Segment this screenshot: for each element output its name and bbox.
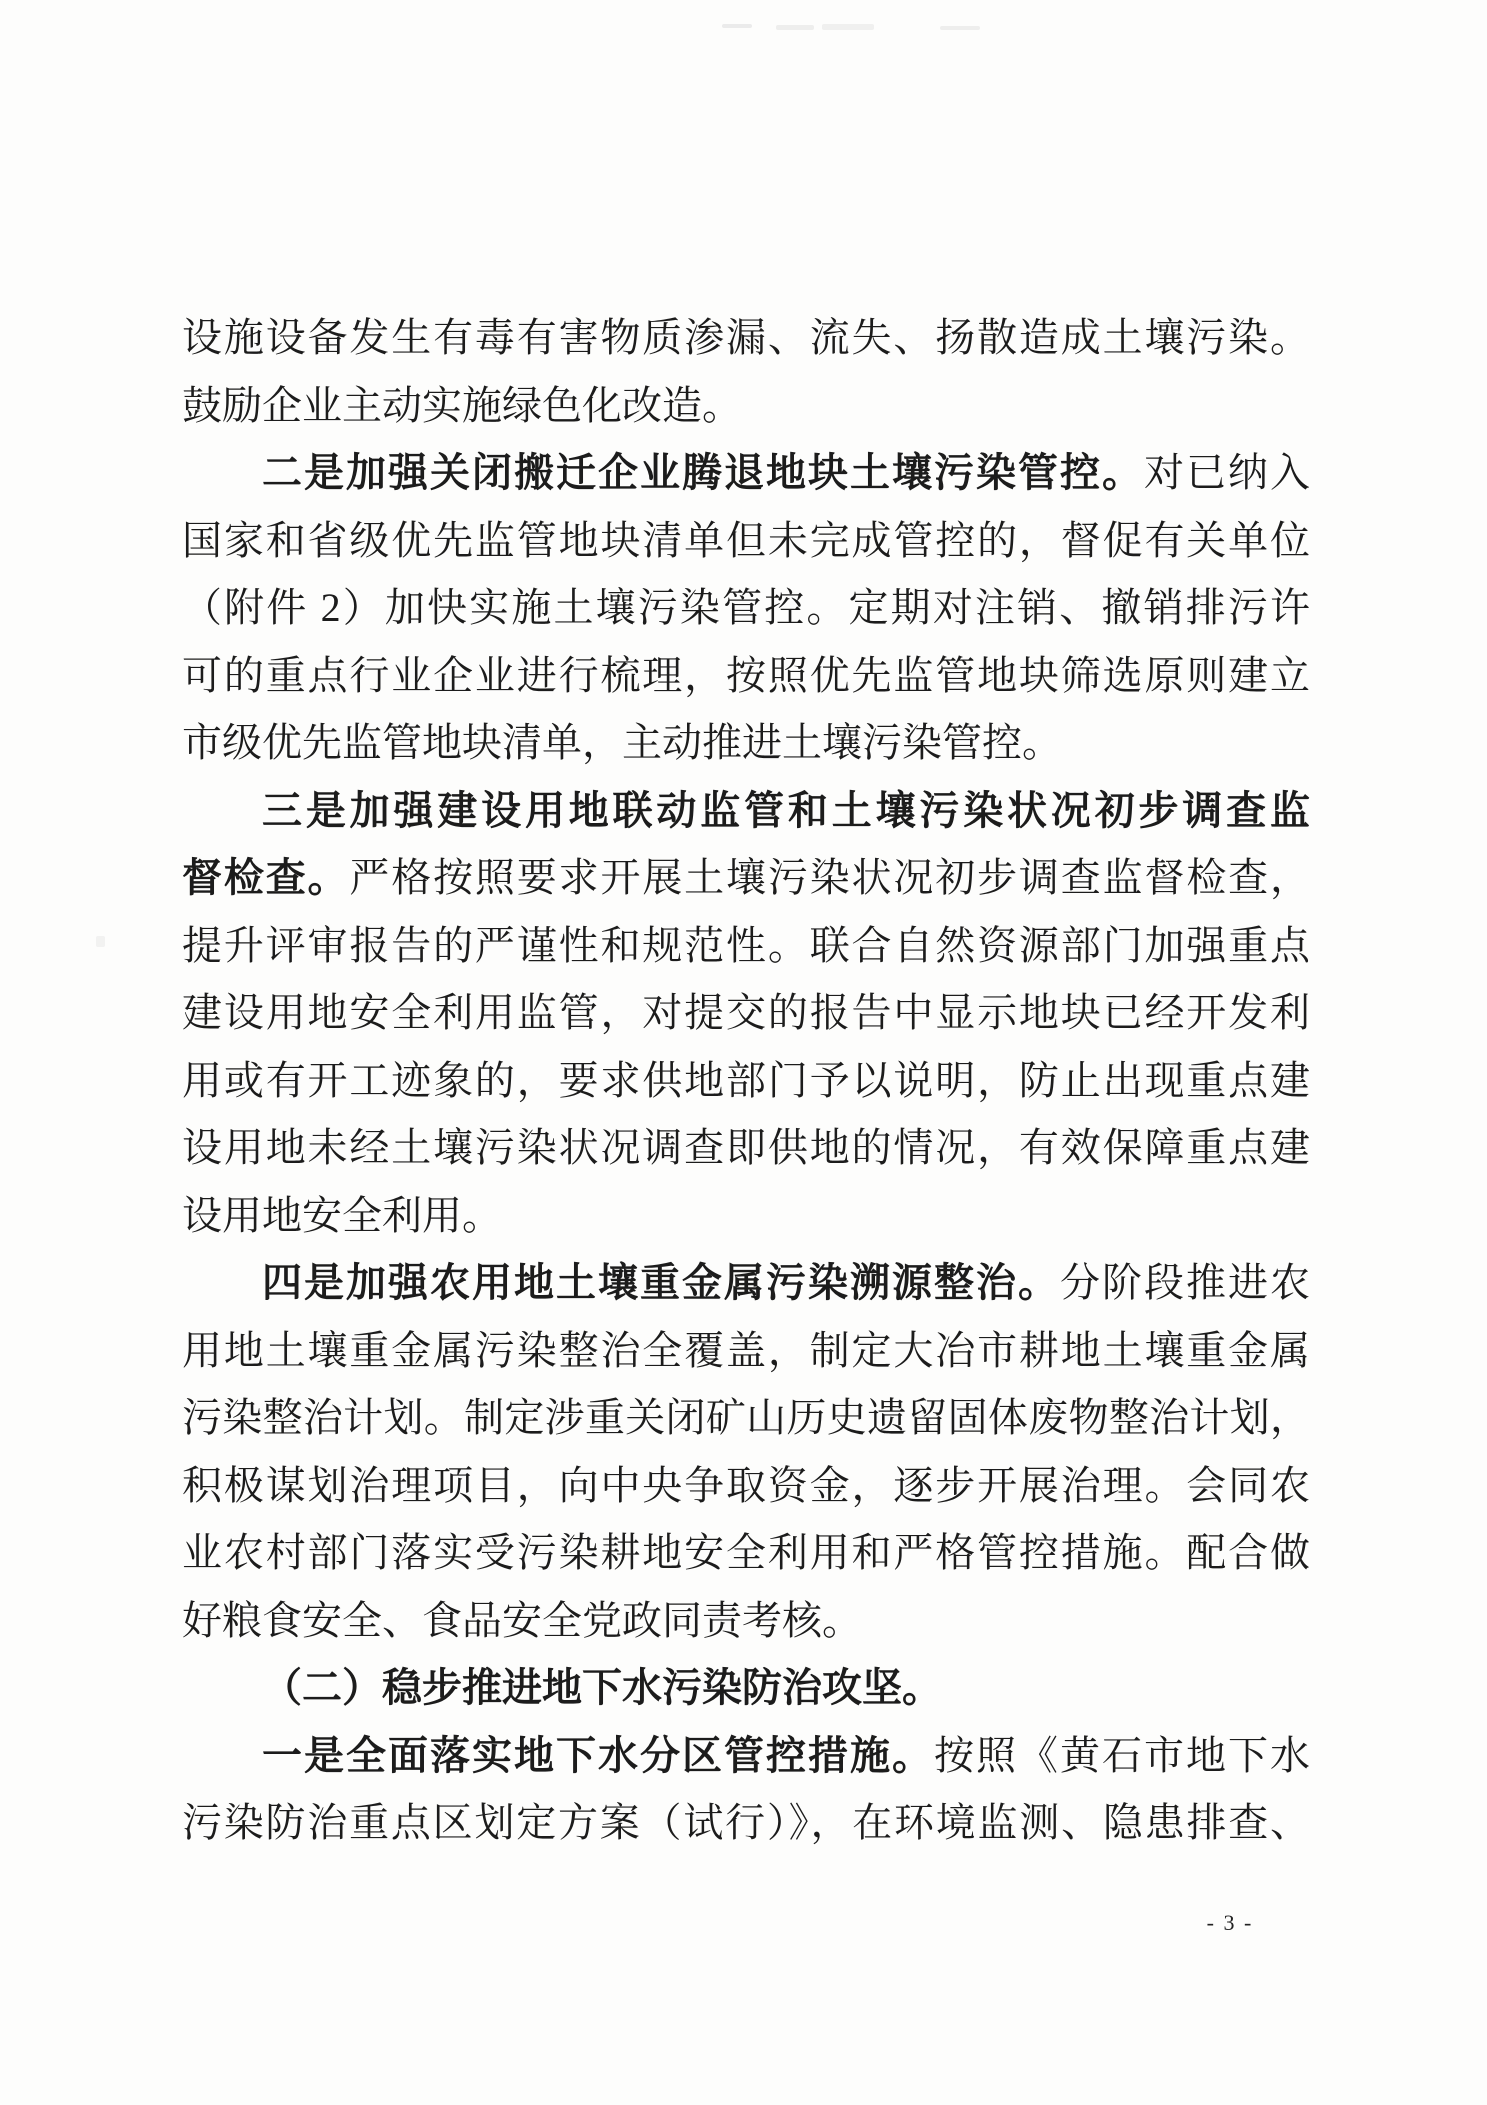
text-line: 用地土壤重金属污染整治全覆盖，制定大冶市耕地土壤重金属 [182, 1317, 1310, 1385]
scan-artifact [722, 24, 752, 28]
text-segment: 好粮食安全、食品安全党政同责考核。 [182, 1598, 862, 1643]
text-line: 污染防治重点区划定方案（试行）》，在环境监测、隐患排查、 [182, 1789, 1310, 1857]
text-line: 鼓励企业主动实施绿色化改造。 [182, 372, 1310, 440]
text-line: 督检查。严格按照要求开展土壤污染状况初步调查监督检查， [182, 844, 1310, 912]
text-segment: 对已纳入 [1144, 450, 1310, 495]
text-segment: 二是加强关闭搬迁企业腾退地块土壤污染管控。 [262, 450, 1144, 495]
text-line: 三是加强建设用地联动监管和土壤污染状况初步调查监 [182, 777, 1310, 845]
scan-artifact [96, 936, 105, 947]
text-segment: 设施设备发生有毒有害物质渗漏、流失、扬散造成土壤污染。 [182, 315, 1310, 360]
text-line: 污染整治计划。制定涉重关闭矿山历史遗留固体废物整治计划， [182, 1384, 1310, 1452]
text-segment: 用地土壤重金属污染整治全覆盖，制定大冶市耕地土壤重金属 [182, 1328, 1310, 1373]
text-line: 国家和省级优先监管地块清单但未完成管控的，督促有关单位 [182, 507, 1310, 575]
text-line: 提升评审报告的严谨性和规范性。联合自然资源部门加强重点 [182, 912, 1310, 980]
text-line: 设施设备发生有毒有害物质渗漏、流失、扬散造成土壤污染。 [182, 304, 1310, 372]
text-line: 业农村部门落实受污染耕地安全利用和严格管控措施。配合做 [182, 1519, 1310, 1587]
page-number: - 3 - [1150, 1908, 1310, 1938]
text-segment: 督检查。 [182, 855, 349, 900]
text-segment: 建设用地安全利用监管，对提交的报告中显示地块已经开发利 [182, 990, 1310, 1035]
text-line: 一是全面落实地下水分区管控措施。按照《黄石市地下水 [182, 1722, 1310, 1790]
text-block: 设施设备发生有毒有害物质渗漏、流失、扬散造成土壤污染。鼓励企业主动实施绿色化改造… [182, 304, 1310, 1857]
text-segment: 提升评审报告的严谨性和规范性。联合自然资源部门加强重点 [182, 923, 1310, 968]
text-segment: 四是加强农用地土壤重金属污染溯源整治。 [262, 1260, 1060, 1305]
text-line: 积极谋划治理项目，向中央争取资金，逐步开展治理。会同农 [182, 1452, 1310, 1520]
text-segment: 污染整治计划。制定涉重关闭矿山历史遗留固体废物整治计划， [182, 1395, 1310, 1440]
text-line: 用或有开工迹象的，要求供地部门予以说明，防止出现重点建 [182, 1047, 1310, 1115]
text-line: 建设用地安全利用监管，对提交的报告中显示地块已经开发利 [182, 979, 1310, 1047]
text-segment: （附件 2）加快实施土壤污染管控。定期对注销、撤销排污许 [182, 585, 1310, 630]
text-line: 二是加强关闭搬迁企业腾退地块土壤污染管控。对已纳入 [182, 439, 1310, 507]
text-line: 设用地未经土壤污染状况调查即供地的情况，有效保障重点建 [182, 1114, 1310, 1182]
text-segment: 设用地未经土壤污染状况调查即供地的情况，有效保障重点建 [182, 1125, 1310, 1170]
text-line: 市级优先监管地块清单，主动推进土壤污染管控。 [182, 709, 1310, 777]
text-line: （二）稳步推进地下水污染防治攻坚。 [182, 1654, 1310, 1722]
text-segment: 分阶段推进农 [1060, 1260, 1310, 1305]
text-segment: 市级优先监管地块清单，主动推进土壤污染管控。 [182, 720, 1062, 765]
text-segment: 国家和省级优先监管地块清单但未完成管控的，督促有关单位 [182, 518, 1310, 563]
text-segment: 业农村部门落实受污染耕地安全利用和严格管控措施。配合做 [182, 1530, 1310, 1575]
text-segment: 污染防治重点区划定方案（试行）》，在环境监测、隐患排查、 [182, 1800, 1310, 1845]
text-segment: 可的重点行业企业进行梳理，按照优先监管地块筛选原则建立 [182, 653, 1310, 698]
scan-artifact [776, 25, 814, 30]
text-line: 可的重点行业企业进行梳理，按照优先监管地块筛选原则建立 [182, 642, 1310, 710]
text-segment: 积极谋划治理项目，向中央争取资金，逐步开展治理。会同农 [182, 1463, 1310, 1508]
text-line: （附件 2）加快实施土壤污染管控。定期对注销、撤销排污许 [182, 574, 1310, 642]
text-segment: 按照《黄石市地下水 [934, 1733, 1310, 1778]
text-segment: （二）稳步推进地下水污染防治攻坚。 [262, 1665, 942, 1710]
text-line: 设用地安全利用。 [182, 1182, 1310, 1250]
scan-artifact [822, 24, 874, 30]
text-segment: 一是全面落实地下水分区管控措施。 [262, 1733, 934, 1778]
text-segment: 鼓励企业主动实施绿色化改造。 [182, 383, 742, 428]
scan-artifact [940, 26, 980, 30]
document-page: 设施设备发生有毒有害物质渗漏、流失、扬散造成土壤污染。鼓励企业主动实施绿色化改造… [0, 0, 1487, 2105]
text-segment: 三是加强建设用地联动监管和土壤污染状况初步调查监 [262, 788, 1310, 833]
text-line: 四是加强农用地土壤重金属污染溯源整治。分阶段推进农 [182, 1249, 1310, 1317]
text-segment: 设用地安全利用。 [182, 1193, 502, 1238]
text-segment: 严格按照要求开展土壤污染状况初步调查监督检查， [349, 855, 1310, 900]
text-line: 好粮食安全、食品安全党政同责考核。 [182, 1587, 1310, 1655]
text-segment: 用或有开工迹象的，要求供地部门予以说明，防止出现重点建 [182, 1058, 1310, 1103]
